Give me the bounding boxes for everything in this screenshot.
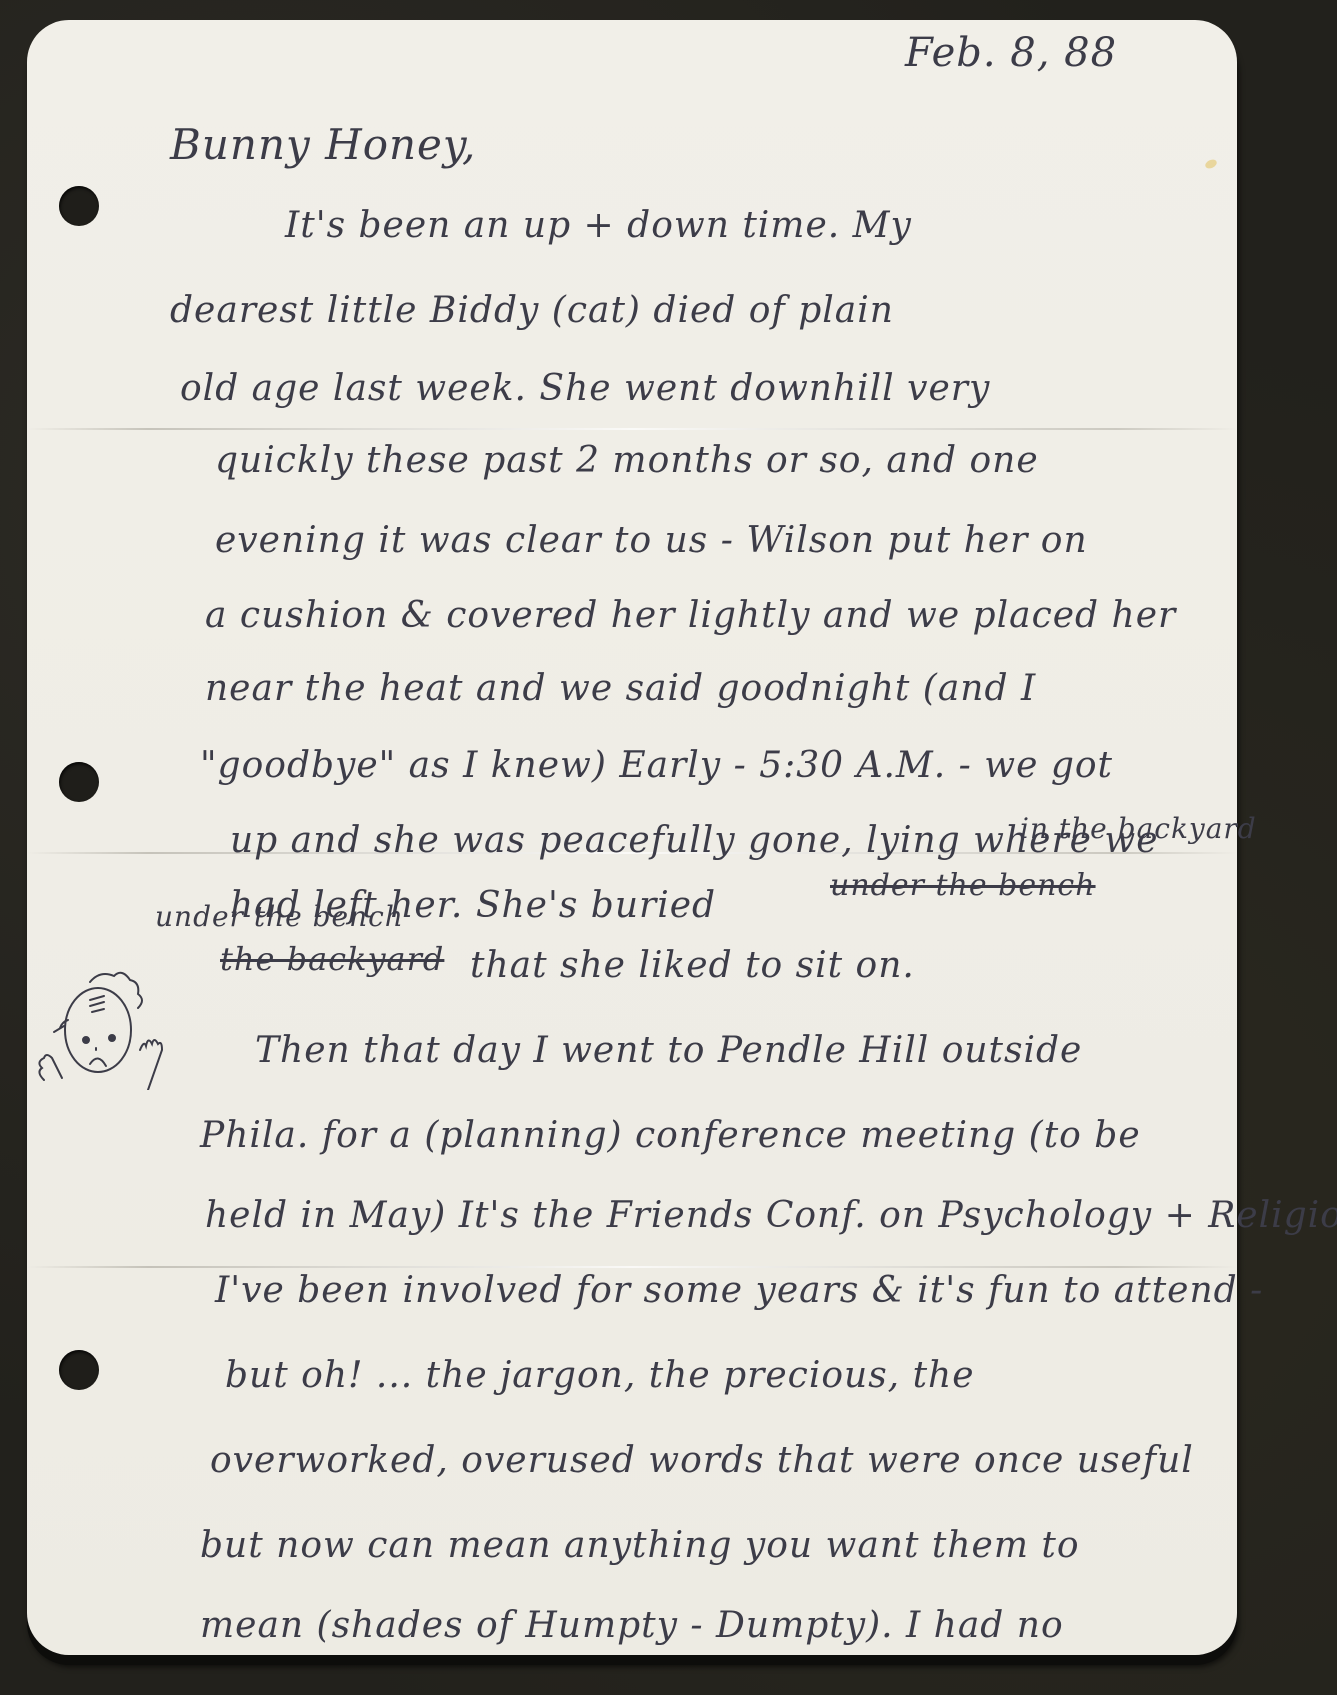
punch-hole xyxy=(59,1350,99,1390)
fold-line xyxy=(27,1266,1237,1268)
struck-text-under-the-bench: under the bench xyxy=(830,868,1096,903)
punch-hole xyxy=(59,186,99,226)
paper-stain xyxy=(1204,158,1218,170)
fold-line xyxy=(27,428,1237,430)
letter-line: but now can mean anything you want them … xyxy=(200,1525,1080,1566)
letter-line: near the heat and we said goodnight (and… xyxy=(205,668,1036,709)
margin-insertion-under-the-bench: under the bench xyxy=(155,900,404,933)
letter-line: quickly these past 2 months or so, and o… xyxy=(215,440,1039,481)
letter-line: "goodbye" as I knew) Early - 5:30 A.M. -… xyxy=(200,745,1113,786)
letter-line: that she liked to sit on. xyxy=(470,945,915,986)
letter-line: mean (shades of Humpty - Dumpty). I had … xyxy=(200,1605,1064,1646)
punch-hole xyxy=(59,762,99,802)
letter-line: a cushion & covered her lightly and we p… xyxy=(205,595,1176,636)
worried-face-doodle-icon xyxy=(20,960,165,1090)
letter-line: evening it was clear to us - Wilson put … xyxy=(215,520,1088,561)
salutation: Bunny Honey, xyxy=(170,120,476,169)
insertion-in-the-backyard: in the backyard xyxy=(1020,812,1257,845)
struck-text-the-backyard: the backyard xyxy=(220,940,444,978)
letter-line: Phila. for a (planning) conference meeti… xyxy=(200,1115,1141,1156)
letter-line: Then that day I went to Pendle Hill outs… xyxy=(255,1030,1082,1071)
letter-line: I've been involved for some years & it's… xyxy=(215,1270,1263,1311)
letter-line: It's been an up + down time. My xyxy=(285,205,912,246)
letter-line: overworked, overused words that were onc… xyxy=(210,1440,1194,1481)
letter-line: old age last week. She went downhill ver… xyxy=(180,368,990,409)
letter-line: dearest little Biddy (cat) died of plain xyxy=(170,290,894,331)
letter-date: Feb. 8, 88 xyxy=(905,30,1117,76)
letter-line: held in May) It's the Friends Conf. on P… xyxy=(205,1195,1337,1236)
letter-line: but oh! ... the jargon, the precious, th… xyxy=(225,1355,975,1396)
